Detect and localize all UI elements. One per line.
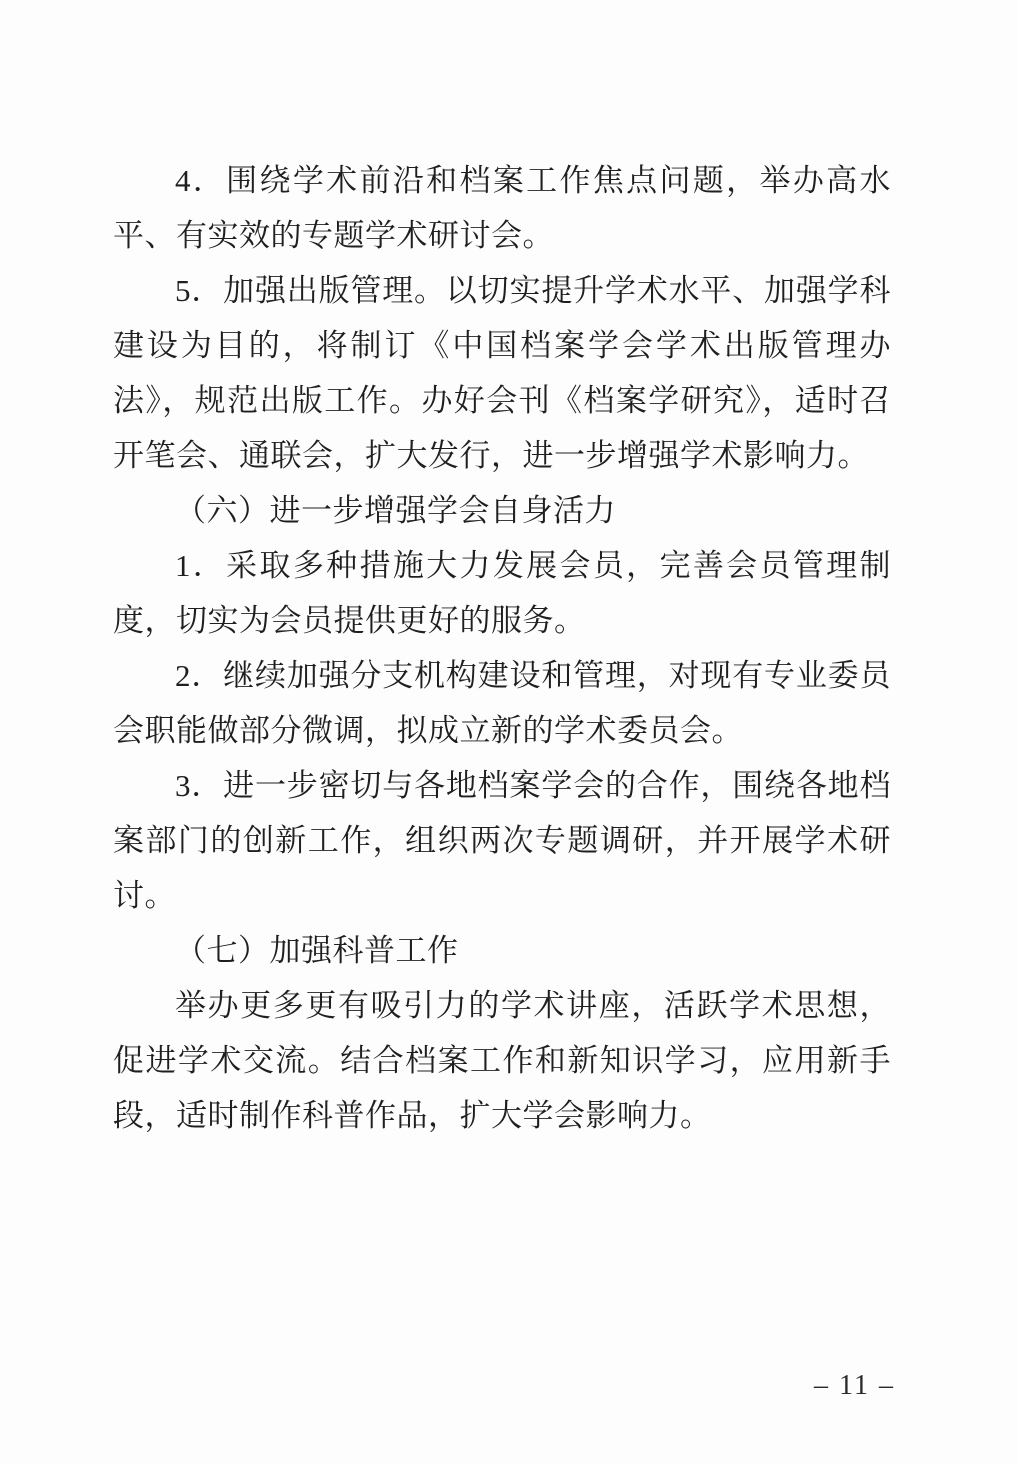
document-page: 4．围绕学术前沿和档案工作焦点问题，举办高水平、有实效的专题学术研讨会。 5．加… (0, 0, 1017, 1464)
paragraph-item-2: 2．继续加强分支机构建设和管理，对现有专业委员会职能做部分微调，拟成立新的学术委… (113, 648, 891, 758)
paragraph-item-4: 4．围绕学术前沿和档案工作焦点问题，举办高水平、有实效的专题学术研讨会。 (113, 153, 891, 263)
paragraph-item-1: 1．采取多种措施大力发展会员，完善会员管理制度，切实为会员提供更好的服务。 (113, 538, 891, 648)
section-heading-7: （七）加强科普工作 (113, 923, 891, 978)
section-heading-6: （六）进一步增强学会自身活力 (113, 483, 891, 538)
page-number: – 11 – (814, 1370, 895, 1402)
paragraph-body: 举办更多更有吸引力的学术讲座，活跃学术思想，促进学术交流。结合档案工作和新知识学… (113, 978, 891, 1143)
paragraph-item-5: 5．加强出版管理。以切实提升学术水平、加强学科建设为目的，将制订《中国档案学会学… (113, 263, 891, 483)
paragraph-item-3: 3．进一步密切与各地档案学会的合作，围绕各地档案部门的创新工作，组织两次专题调研… (113, 758, 891, 923)
document-body: 4．围绕学术前沿和档案工作焦点问题，举办高水平、有实效的专题学术研讨会。 5．加… (113, 153, 891, 1143)
